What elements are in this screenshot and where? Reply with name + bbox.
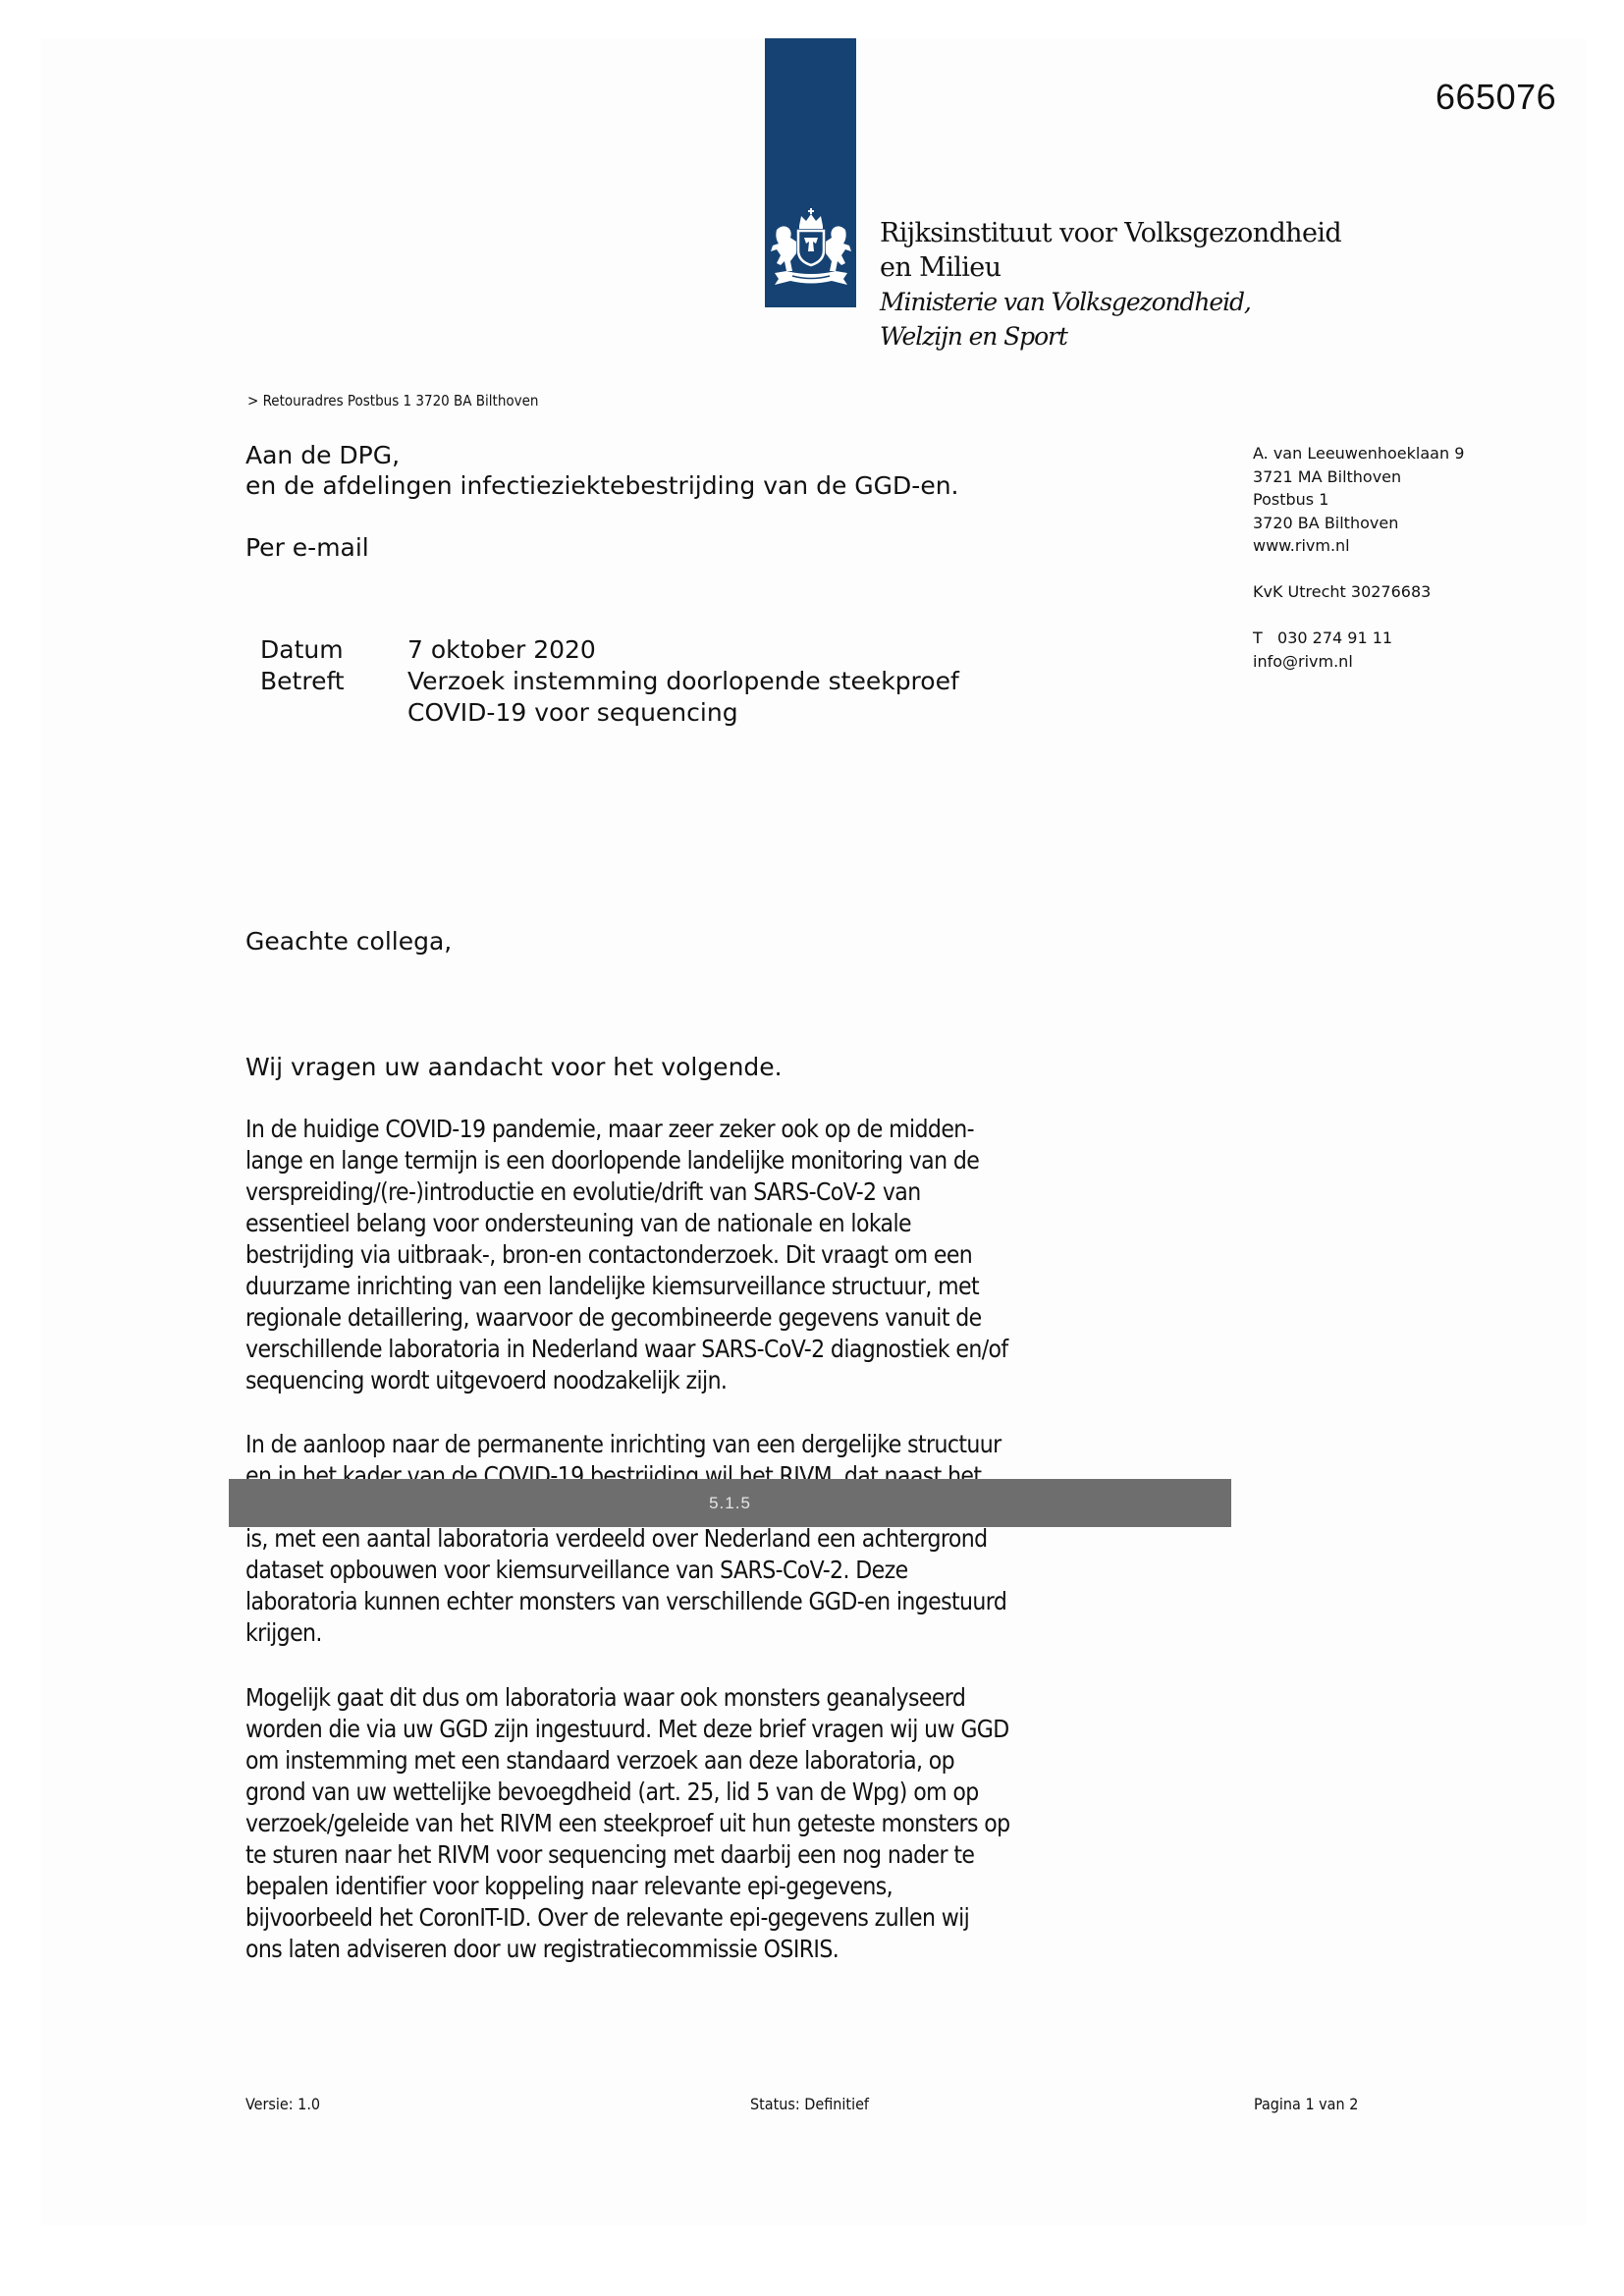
body-paragraph-1: In de huidige COVID-19 pandemie, maar ze… <box>245 1114 1008 1396</box>
paragraph-line: duurzame inrichting van een landelijke k… <box>245 1271 1008 1302</box>
paragraph-line: om instemming met een standaard verzoek … <box>245 1745 1010 1777</box>
paragraph-line: krijgen. <box>245 1617 1006 1649</box>
date-label: Datum <box>260 634 407 666</box>
sender-kvk: KvK Utrecht 30276683 <box>1253 580 1464 604</box>
paragraph-line: bijvoorbeeld het CoronIT-ID. Over de rel… <box>245 1902 1010 1934</box>
sender-phone: T 030 274 91 11 <box>1253 627 1464 650</box>
sender-address-line: A. van Leeuwenhoeklaan 9 <box>1253 442 1464 465</box>
subject-line: COVID-19 voor sequencing <box>407 697 959 729</box>
organization-name: Rijksinstituut voor Volksgezondheid <box>880 216 1341 250</box>
salutation: Geachte collega, <box>245 927 452 956</box>
intro-sentence: Wij vragen uw aandacht voor het volgende… <box>245 1053 783 1081</box>
paragraph-line: dataset opbouwen voor kiemsurveillance v… <box>245 1555 1006 1586</box>
footer-status: Status: Definitief <box>750 2095 869 2113</box>
paragraph-line: sequencing wordt uitgevoerd noodzakelijk… <box>245 1365 1008 1396</box>
paragraph-line: In de aanloop naar de permanente inricht… <box>245 1429 1006 1460</box>
footer-version: Versie: 1.0 <box>245 2095 320 2113</box>
subject-line: Verzoek instemming doorlopende steekproe… <box>407 666 959 697</box>
date-value: 7 oktober 2020 <box>407 634 596 666</box>
recipient-line: Aan de DPG, <box>245 440 959 470</box>
paragraph-line: ons laten adviseren door uw registratiec… <box>245 1934 1010 1965</box>
sender-address-line: 3721 MA Bilthoven <box>1253 465 1464 489</box>
sender-address-line: 3720 BA Bilthoven <box>1253 512 1464 535</box>
paragraph-line: te sturen naar het RIVM voor sequencing … <box>245 1839 1010 1871</box>
recipient-block: Aan de DPG, en de afdelingen infectiezie… <box>245 440 959 501</box>
paragraph-line: verzoek/geleide van het RIVM een steekpr… <box>245 1808 1010 1839</box>
sender-info: A. van Leeuwenhoeklaan 9 3721 MA Bilthov… <box>1253 442 1464 673</box>
paragraph-line: verspreiding/(re-)introductie en evoluti… <box>245 1176 1008 1208</box>
footer-page-number: Pagina 1 van 2 <box>1254 2095 1358 2113</box>
paragraph-line: In de huidige COVID-19 pandemie, maar ze… <box>245 1114 1008 1145</box>
recipient-line: en de afdelingen infectieziektebestrijdi… <box>245 470 959 501</box>
delivery-method: Per e-mail <box>245 533 369 562</box>
paragraph-line: is, met een aantal laboratoria verdeeld … <box>245 1523 1006 1555</box>
ministry-name-line2: Welzijn en Sport <box>880 319 1341 354</box>
organization-name-line2: en Milieu <box>880 250 1341 285</box>
paragraph-line: grond van uw wettelijke bevoegdheid (art… <box>245 1777 1010 1808</box>
letter-meta: Datum 7 oktober 2020 Betreft Verzoek ins… <box>260 634 959 729</box>
sender-address-line: Postbus 1 <box>1253 488 1464 512</box>
paragraph-line: Mogelijk gaat dit dus om laboratoria waa… <box>245 1682 1010 1714</box>
paragraph-line: worden die via uw GGD zijn ingestuurd. M… <box>245 1714 1010 1745</box>
return-address: > Retouradres Postbus 1 3720 BA Bilthove… <box>247 392 539 410</box>
paragraph-line: verschillende laboratoria in Nederland w… <box>245 1334 1008 1365</box>
coat-of-arms-icon <box>767 206 855 290</box>
paragraph-line: bepalen identifier voor koppeling naar r… <box>245 1871 1010 1902</box>
paragraph-line: lange en lange termijn is een doorlopend… <box>245 1145 1008 1176</box>
ministry-name: Ministerie van Volksgezondheid, <box>880 285 1341 319</box>
redaction-bar: 5.1.5 <box>229 1479 1231 1527</box>
sender-email-link[interactable]: info@rivm.nl <box>1253 650 1464 674</box>
body-paragraph-3: Mogelijk gaat dit dus om laboratoria waa… <box>245 1682 1010 1965</box>
paragraph-line: essentieel belang voor ondersteuning van… <box>245 1208 1008 1239</box>
subject-label: Betreft <box>260 666 407 729</box>
logo-wordmark: Rijksinstituut voor Volksgezondheid en M… <box>880 216 1341 354</box>
redaction-code: 5.1.5 <box>709 1494 751 1513</box>
paragraph-line: bestrijding via uitbraak-, bron-en conta… <box>245 1239 1008 1271</box>
paragraph-line: laboratoria kunnen echter monsters van v… <box>245 1586 1006 1617</box>
paragraph-line: regionale detaillering, waarvoor de geco… <box>245 1302 1008 1334</box>
body-paragraph-2: In de aanloop naar de permanente inricht… <box>245 1429 1006 1649</box>
document-id: 665076 <box>1435 77 1556 118</box>
sender-website-link[interactable]: www.rivm.nl <box>1253 534 1464 558</box>
